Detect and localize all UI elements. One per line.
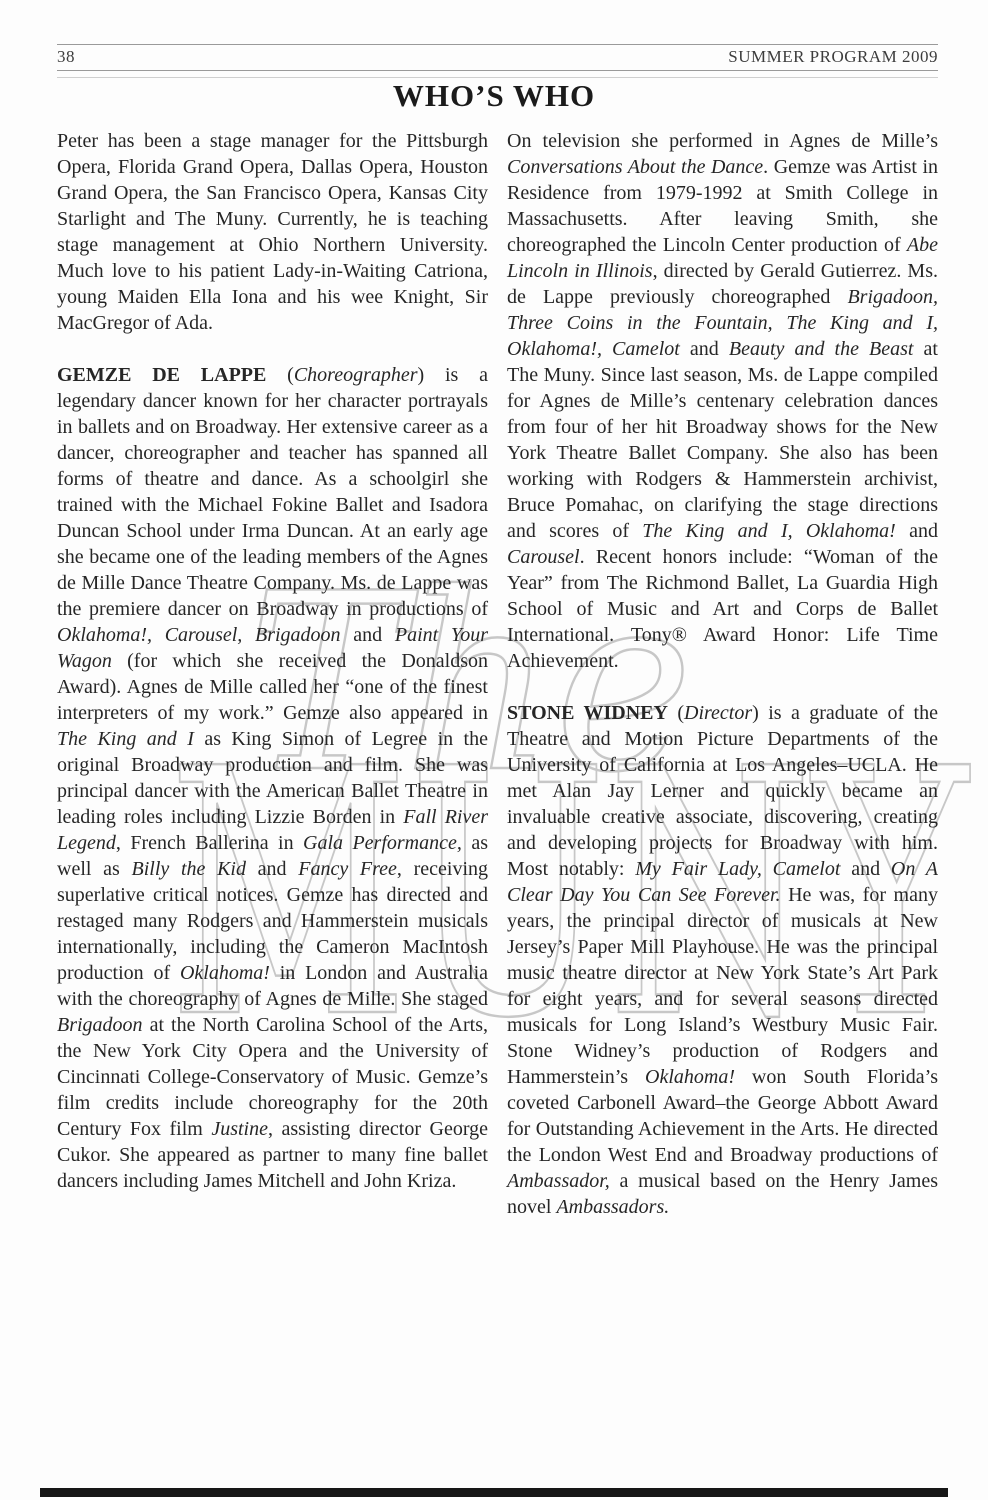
text-run: at The Muny. Since last season, Ms. de L… <box>507 338 938 542</box>
body-columns: Peter has been a stage manager for the P… <box>57 128 938 1484</box>
text-run: Ambassador, <box>507 1170 610 1192</box>
text-run: and <box>896 520 938 542</box>
text-run: and <box>341 624 395 646</box>
text-run: and <box>246 858 298 880</box>
text-run: ) is a graduate of the Theatre and Motio… <box>507 702 938 880</box>
text-run: Ambassadors. <box>556 1196 669 1218</box>
text-run: On television she performed in Agnes de … <box>507 130 938 152</box>
paragraph: Peter has been a stage manager for the P… <box>57 128 488 336</box>
text-run: , French Ballerina in <box>116 832 303 854</box>
page-title: WHO’S WHO <box>0 78 988 114</box>
column-left: Peter has been a stage manager for the P… <box>57 128 488 1484</box>
text-run: GEMZE DE LAPPE <box>57 364 266 386</box>
text-run: Oklahoma! <box>645 1066 735 1088</box>
paragraph: STONE WIDNEY (Director) is a graduate of… <box>507 700 938 1220</box>
header-rule-top <box>57 44 938 45</box>
text-run: Oklahoma! <box>180 962 270 984</box>
text-run: ( <box>668 702 684 724</box>
text-run: Justine <box>211 1118 268 1140</box>
text-run: ) is a legendary dancer known for her ch… <box>57 364 488 620</box>
page-number: 38 <box>57 47 75 67</box>
text-run: The King and I, Oklahoma! <box>642 520 896 542</box>
text-run: Beauty and the Beast <box>729 338 914 360</box>
program-page: The MUNY 38 SUMMER PROGRAM 2009 WHO’S WH… <box>0 0 988 1500</box>
text-run: Billy the Kid <box>131 858 245 880</box>
text-run: He was, for many years, the principal di… <box>507 884 938 1088</box>
header-rule-bottom <box>57 70 938 71</box>
text-run: Director <box>684 702 752 724</box>
text-run: and <box>680 338 729 360</box>
text-run: Oklahoma!, Carousel, Brigadoon <box>57 624 341 646</box>
program-title: SUMMER PROGRAM 2009 <box>728 47 938 67</box>
text-run: (for which she received the Donaldson Aw… <box>57 650 488 724</box>
text-run: ( <box>266 364 293 386</box>
text-run: Gala Performance, <box>303 832 462 854</box>
text-run: My Fair Lady, Camelot <box>635 858 840 880</box>
text-run: Fancy Free <box>298 858 397 880</box>
text-run: STONE WIDNEY <box>507 702 668 724</box>
text-run: Brigadoon <box>57 1014 143 1036</box>
text-run: and <box>840 858 890 880</box>
text-run: Conversations About the Dance <box>507 156 763 178</box>
text-run: The King and I <box>57 728 194 750</box>
paragraph: On television she performed in Agnes de … <box>507 128 938 674</box>
footer-rule <box>40 1488 948 1497</box>
page-header: 38 SUMMER PROGRAM 2009 <box>57 47 938 67</box>
paragraph: GEMZE DE LAPPE (Choreographer) is a lege… <box>57 362 488 1194</box>
column-right: On television she performed in Agnes de … <box>507 128 938 1484</box>
text-run: Peter has been a stage manager for the P… <box>57 130 488 334</box>
text-run: Carousel <box>507 546 580 568</box>
text-run: Choreographer <box>294 364 418 386</box>
